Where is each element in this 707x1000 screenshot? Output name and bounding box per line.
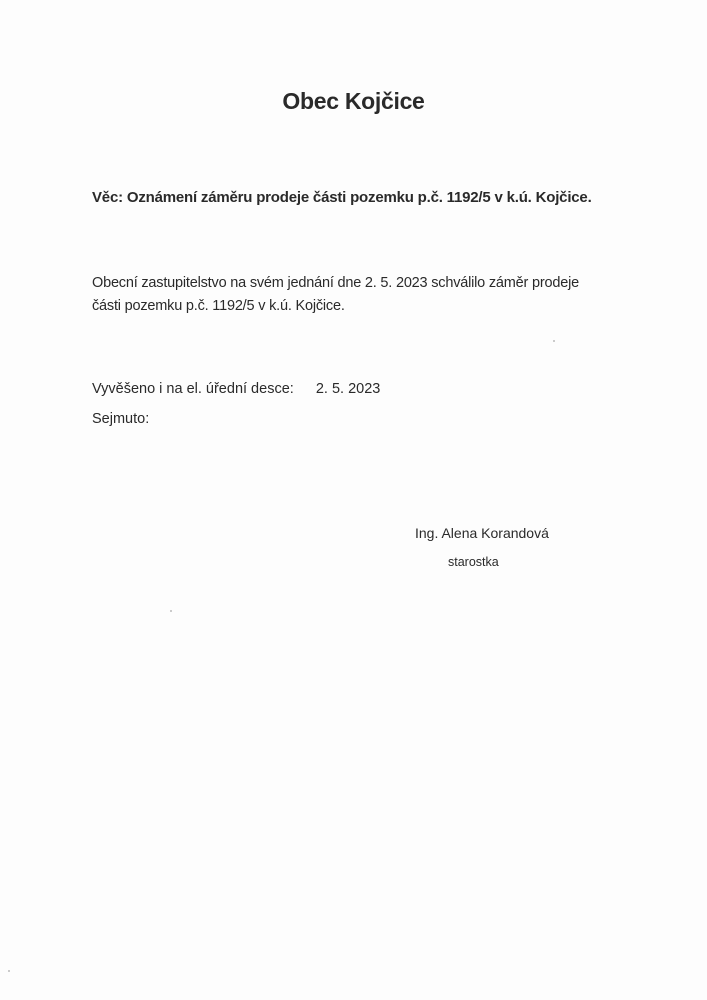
scan-speck: [170, 610, 172, 612]
signer-name: Ing. Alena Korandová: [415, 525, 549, 541]
body-paragraph: Obecní zastupitelstvo na svém jednání dn…: [92, 272, 632, 318]
scan-speck: [553, 340, 555, 342]
body-line: Obecní zastupitelstvo na svém jednání dn…: [92, 272, 632, 295]
signer-role: starostka: [448, 555, 499, 569]
municipality-title: Obec Kojčice: [0, 88, 707, 115]
posted-label: Vyvěšeno i na el. úřední desce:: [92, 381, 294, 397]
removed-label: Sejmuto:: [92, 411, 149, 427]
posted-row: Vyvěšeno i na el. úřední desce: 2. 5. 20…: [92, 381, 380, 397]
body-line: části pozemku p.č. 1192/5 v k.ú. Kojčice…: [92, 295, 632, 318]
posted-date: 2. 5. 2023: [316, 381, 381, 397]
scan-speck: [8, 970, 10, 972]
subject-line: Věc: Oznámení záměru prodeje části pozem…: [92, 189, 592, 206]
